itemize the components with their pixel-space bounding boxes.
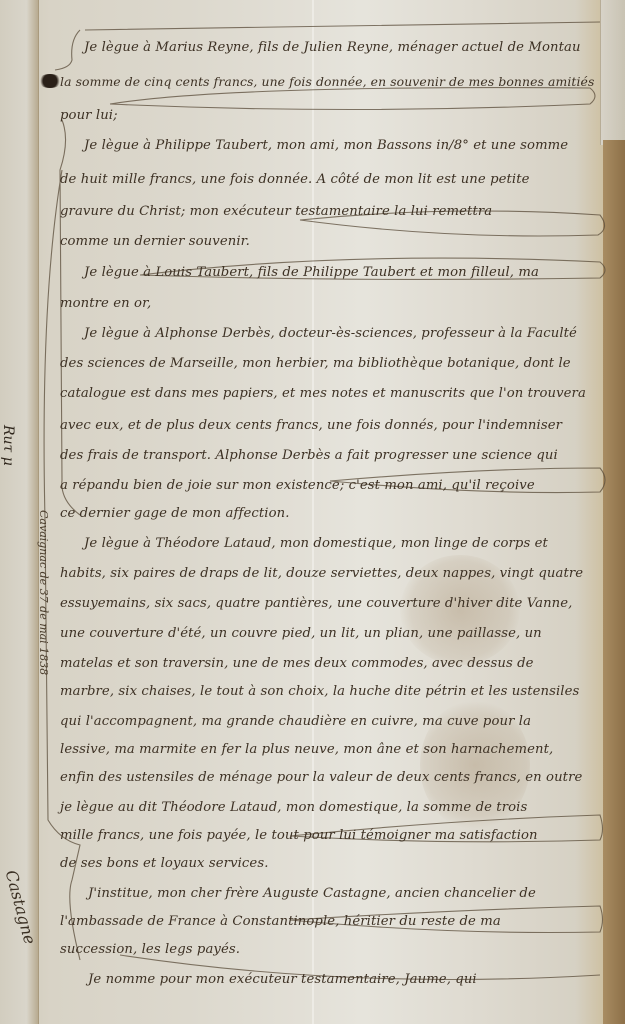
text-line: des frais de transport. Alphonse Derbès … — [60, 448, 558, 463]
text-line: des sciences de Marseille, mon herbier, … — [60, 356, 571, 371]
text-line: Je lègue à Philippe Taubert, mon ami, mo… — [84, 138, 568, 153]
text-line: pour lui; — [60, 108, 118, 123]
text-line: la somme de cinq cents francs, une fois … — [60, 74, 594, 89]
text-line: ce dernier gage de mon affection. — [60, 506, 290, 521]
text-line: marbre, six chaises, le tout à son choix… — [60, 684, 579, 699]
text-line: Je lègue à Théodore Lataud, mon domestiq… — [84, 536, 548, 551]
text-line: Je lègue à Louis Taubert, fils de Philip… — [84, 265, 539, 280]
text-line: essuyemains, six sacs, quatre pantières,… — [60, 596, 572, 611]
text-line: Je lègue à Alphonse Derbès, docteur-ès-s… — [84, 326, 577, 341]
text-line: une couverture d'été, un couvre pied, un… — [60, 626, 542, 641]
text-line: qui l'accompagnent, ma grande chaudière … — [60, 714, 531, 729]
text-line: de ses bons et loyaux services. — [60, 856, 269, 871]
text-line: lessive, ma marmite en fer la plus neuve… — [60, 742, 553, 757]
text-line: succession, les legs payés. — [60, 942, 240, 957]
text-line: Je nomme pour mon exécuteur testamentair… — [88, 972, 477, 987]
manuscript-page: Ruτ μ Cavaignac de 37 de mai 1838 Castag… — [0, 0, 625, 1024]
text-line: J'institue, mon cher frère Auguste Casta… — [88, 886, 536, 901]
text-line: avec eux, et de plus deux cents francs, … — [60, 418, 562, 433]
text-line: gravure du Christ; mon exécuteur testame… — [60, 204, 492, 219]
margin-date-note: Cavaignac de 37 de mai 1838 — [37, 510, 50, 675]
text-line: montre en or, — [60, 296, 151, 311]
text-line: mille francs, une fois payée, le tout po… — [60, 828, 538, 843]
text-line: habits, six paires de draps de lit, douz… — [60, 566, 583, 581]
text-line: matelas et son traversin, une de mes deu… — [60, 656, 534, 671]
text-line: catalogue est dans mes papiers, et mes n… — [60, 386, 586, 401]
text-line: l'ambassade de France à Constantinople, … — [60, 914, 501, 929]
text-line: enfin des ustensiles de ménage pour la v… — [60, 770, 582, 785]
text-line: de huit mille francs, une fois donnée. A… — [60, 172, 530, 187]
text-line: Je lègue à Marius Reyne, fils de Julien … — [84, 40, 581, 55]
text-line: je lègue au dit Théodore Lataud, mon dom… — [60, 800, 527, 815]
text-line: a répandu bien de joie sur mon existence… — [60, 478, 535, 493]
text-line: comme un dernier souvenir. — [60, 234, 250, 249]
margin-mark: Ruτ μ — [0, 425, 16, 466]
